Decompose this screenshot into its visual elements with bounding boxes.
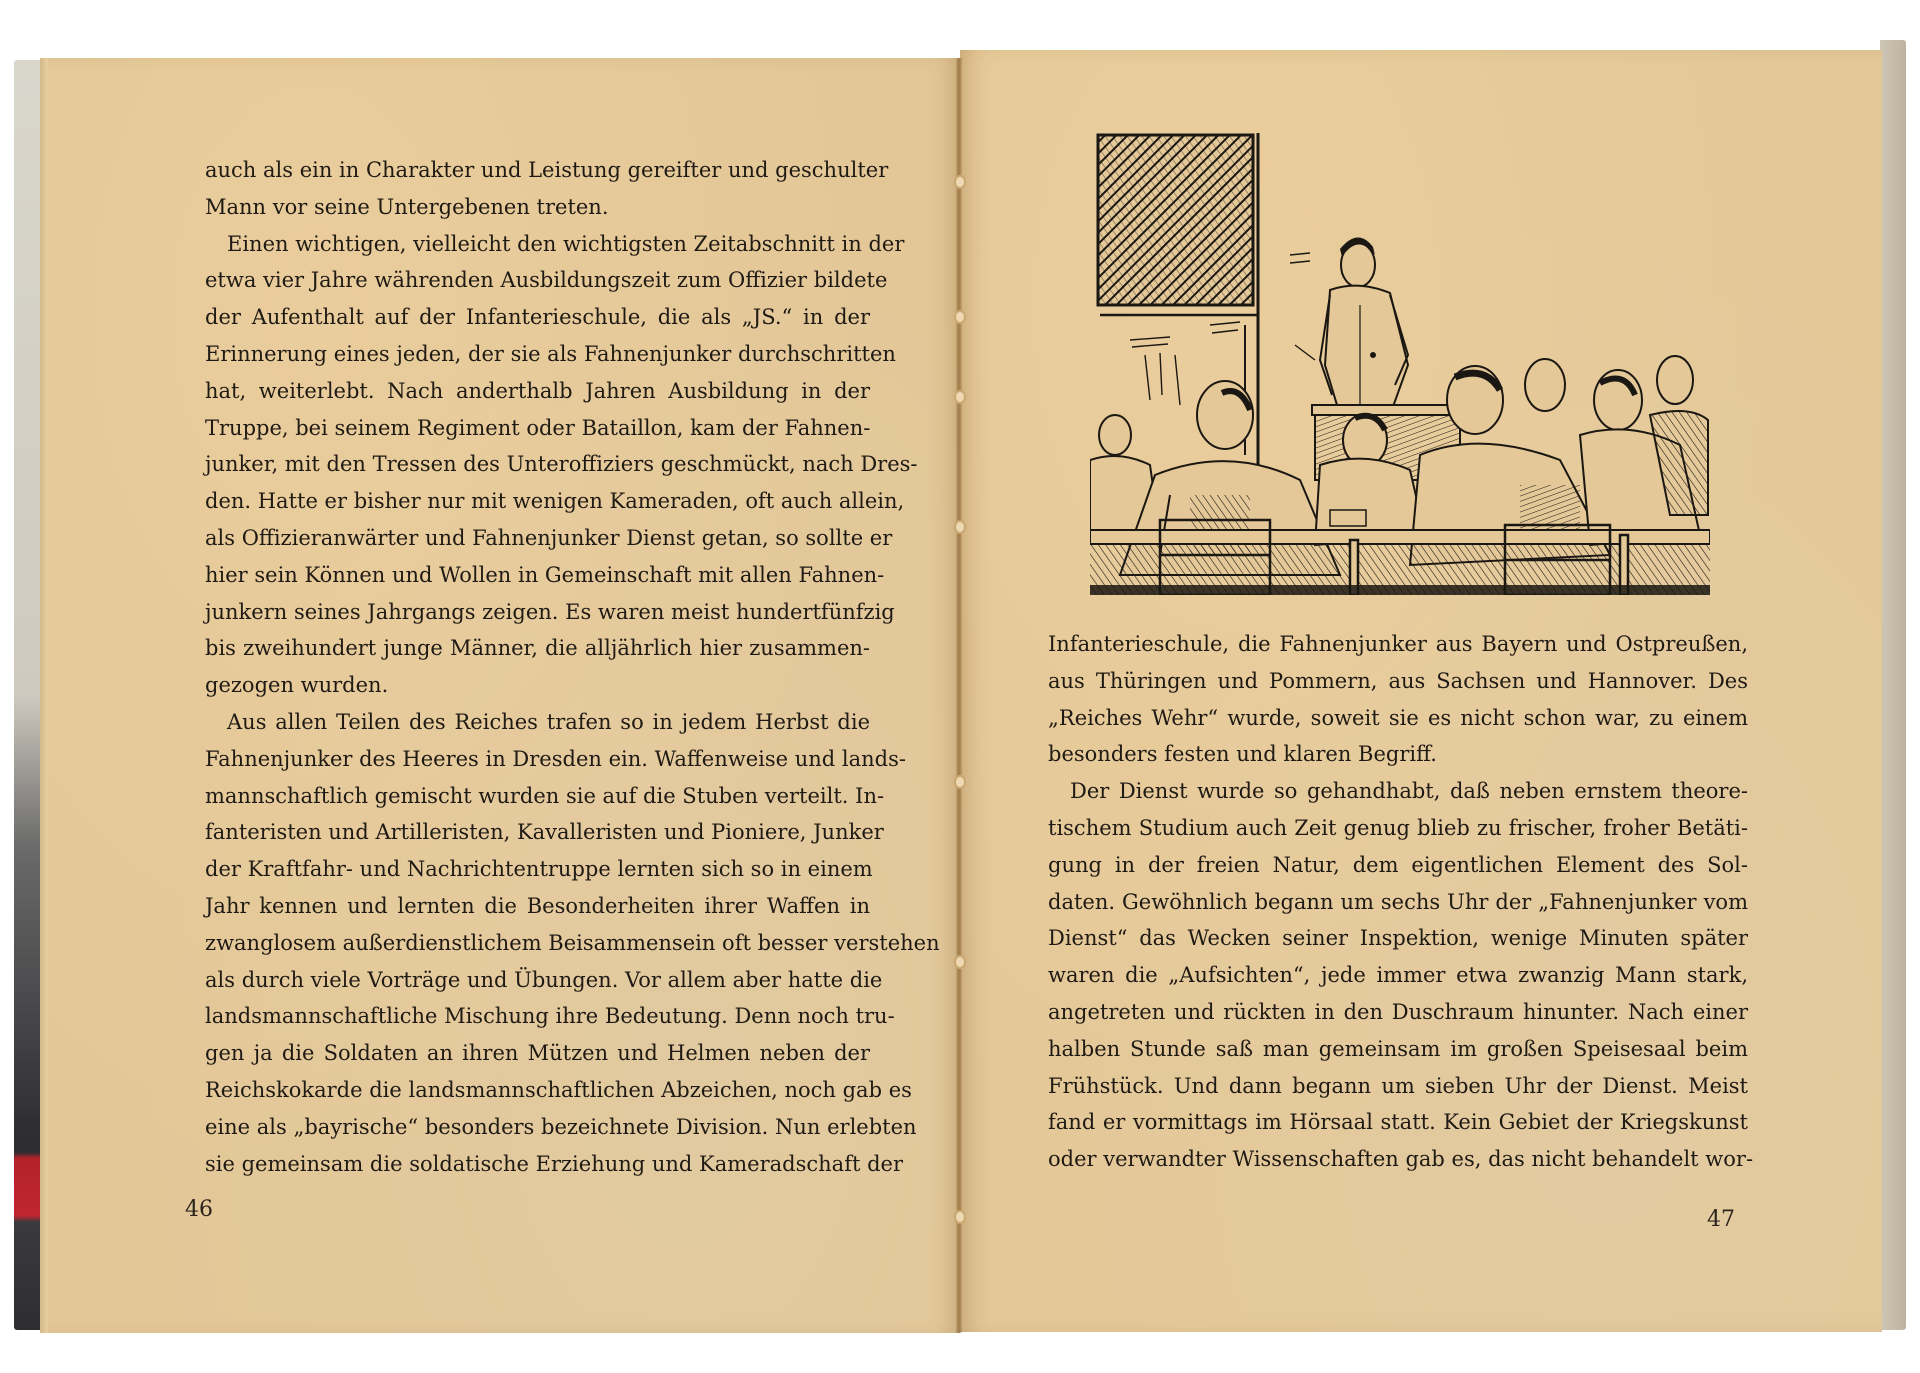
text-line: zwanglosem außerdienstlichem Beisammense… (205, 925, 870, 962)
text-line: Fahnenjunker des Heeres in Dresden ein. … (205, 741, 870, 778)
text-line: junkern seines Jahrgangs zeigen. Es ware… (205, 594, 870, 631)
text-line: bis zweihundert junge Männer, die alljäh… (205, 630, 870, 667)
binding-stitch (954, 390, 966, 404)
text-line: der Aufenthalt auf der Infanterieschule,… (205, 299, 870, 336)
page-number-right: 47 (1707, 1207, 1735, 1232)
text-line: der Kraftfahr- und Nachrichtentruppe ler… (205, 851, 870, 888)
text-line: tischem Studium auch Zeit genug blieb zu… (1048, 810, 1748, 847)
text-line: Erinnerung eines jeden, der sie als Fahn… (205, 336, 870, 373)
text-line: angetreten und rückten in den Duschraum … (1048, 994, 1748, 1031)
text-line: fanteristen und Artilleristen, Kavalleri… (205, 814, 870, 851)
text-line: gezogen wurden. (205, 667, 870, 704)
text-line: hier sein Können und Wollen in Gemeinsch… (205, 557, 870, 594)
text-line: als Offizieranwärter und Fahnenjunker Di… (205, 520, 870, 557)
text-line: Mann vor seine Untergebenen treten. (205, 189, 870, 226)
book-gutter (956, 58, 962, 1333)
text-line: Frühstück. Und dann begann um sieben Uhr… (1048, 1068, 1748, 1105)
text-line: waren die „Aufsichten“, jede immer etwa … (1048, 957, 1748, 994)
binding-stitch (954, 955, 966, 969)
open-book: auch als ein in Charakter und Leistung g… (0, 0, 1920, 1373)
text-line: halben Stunde saß man gemeinsam im große… (1048, 1031, 1748, 1068)
binding-stitch (954, 1210, 966, 1224)
text-line: den. Hatte er bisher nur mit wenigen Kam… (205, 483, 870, 520)
page-number-left: 46 (185, 1197, 213, 1222)
text-line: auch als ein in Charakter und Leistung g… (205, 152, 870, 189)
binding-stitch (954, 175, 966, 189)
text-line: sie gemeinsam die soldatische Erziehung … (205, 1146, 870, 1183)
text-line: Dienst“ das Wecken seiner Inspektion, we… (1048, 920, 1748, 957)
text-line: gung in der freien Natur, dem eigentlich… (1048, 847, 1748, 884)
text-line: hat, weiterlebt. Nach anderthalb Jahren … (205, 373, 870, 410)
book-cover-right-edge (1880, 40, 1906, 1330)
text-line: Der Dienst wurde so gehandhabt, daß nebe… (1048, 773, 1748, 810)
text-line: Reichskokarde die landsmannschaftlichen … (205, 1072, 870, 1109)
text-line: junker, mit den Tressen des Unteroffizie… (205, 446, 870, 483)
text-line: mannschaftlich gemischt wurden sie auf d… (205, 778, 870, 815)
text-line: fand er vormittags im Hörsaal statt. Kei… (1048, 1104, 1748, 1141)
binding-stitch (954, 775, 966, 789)
binding-stitch (954, 310, 966, 324)
right-page-body-text: Infanterieschule, die Fahnenjunker aus B… (1048, 626, 1748, 1178)
text-line: Truppe, bei seinem Regiment oder Bataill… (205, 410, 870, 447)
binding-stitch (954, 520, 966, 534)
text-line: landsmannschaftliche Mischung ihre Bedeu… (205, 998, 870, 1035)
text-line: als durch viele Vorträge und Übungen. Vo… (205, 962, 870, 999)
text-line: eine als „bayrische“ besonders bezeichne… (205, 1109, 870, 1146)
left-page-body-text: auch als ein in Charakter und Leistung g… (205, 152, 870, 1182)
text-line: gen ja die Soldaten an ihren Mützen und … (205, 1035, 870, 1072)
text-line: besonders festen und klaren Begriff. (1048, 736, 1748, 773)
text-line: oder verwandter Wissenschaften gab es, d… (1048, 1141, 1748, 1178)
text-line: etwa vier Jahre währenden Ausbildungszei… (205, 262, 870, 299)
text-line: „Reiches Wehr“ wurde, soweit sie es nich… (1048, 700, 1748, 737)
text-line: daten. Gewöhnlich begann um sechs Uhr de… (1048, 884, 1748, 921)
left-page-edge (40, 58, 48, 1333)
classroom-illustration (1090, 115, 1710, 595)
text-line: Infanterieschule, die Fahnenjunker aus B… (1048, 626, 1748, 663)
text-line: aus Thüringen und Pommern, aus Sachsen u… (1048, 663, 1748, 700)
text-line: Jahr kennen und lernten die Besonderheit… (205, 888, 870, 925)
instructor-figure-icon (1320, 237, 1408, 415)
text-line: Aus allen Teilen des Reiches trafen so i… (205, 704, 870, 741)
text-line: Einen wichtigen, vielleicht den wichtigs… (205, 226, 870, 263)
